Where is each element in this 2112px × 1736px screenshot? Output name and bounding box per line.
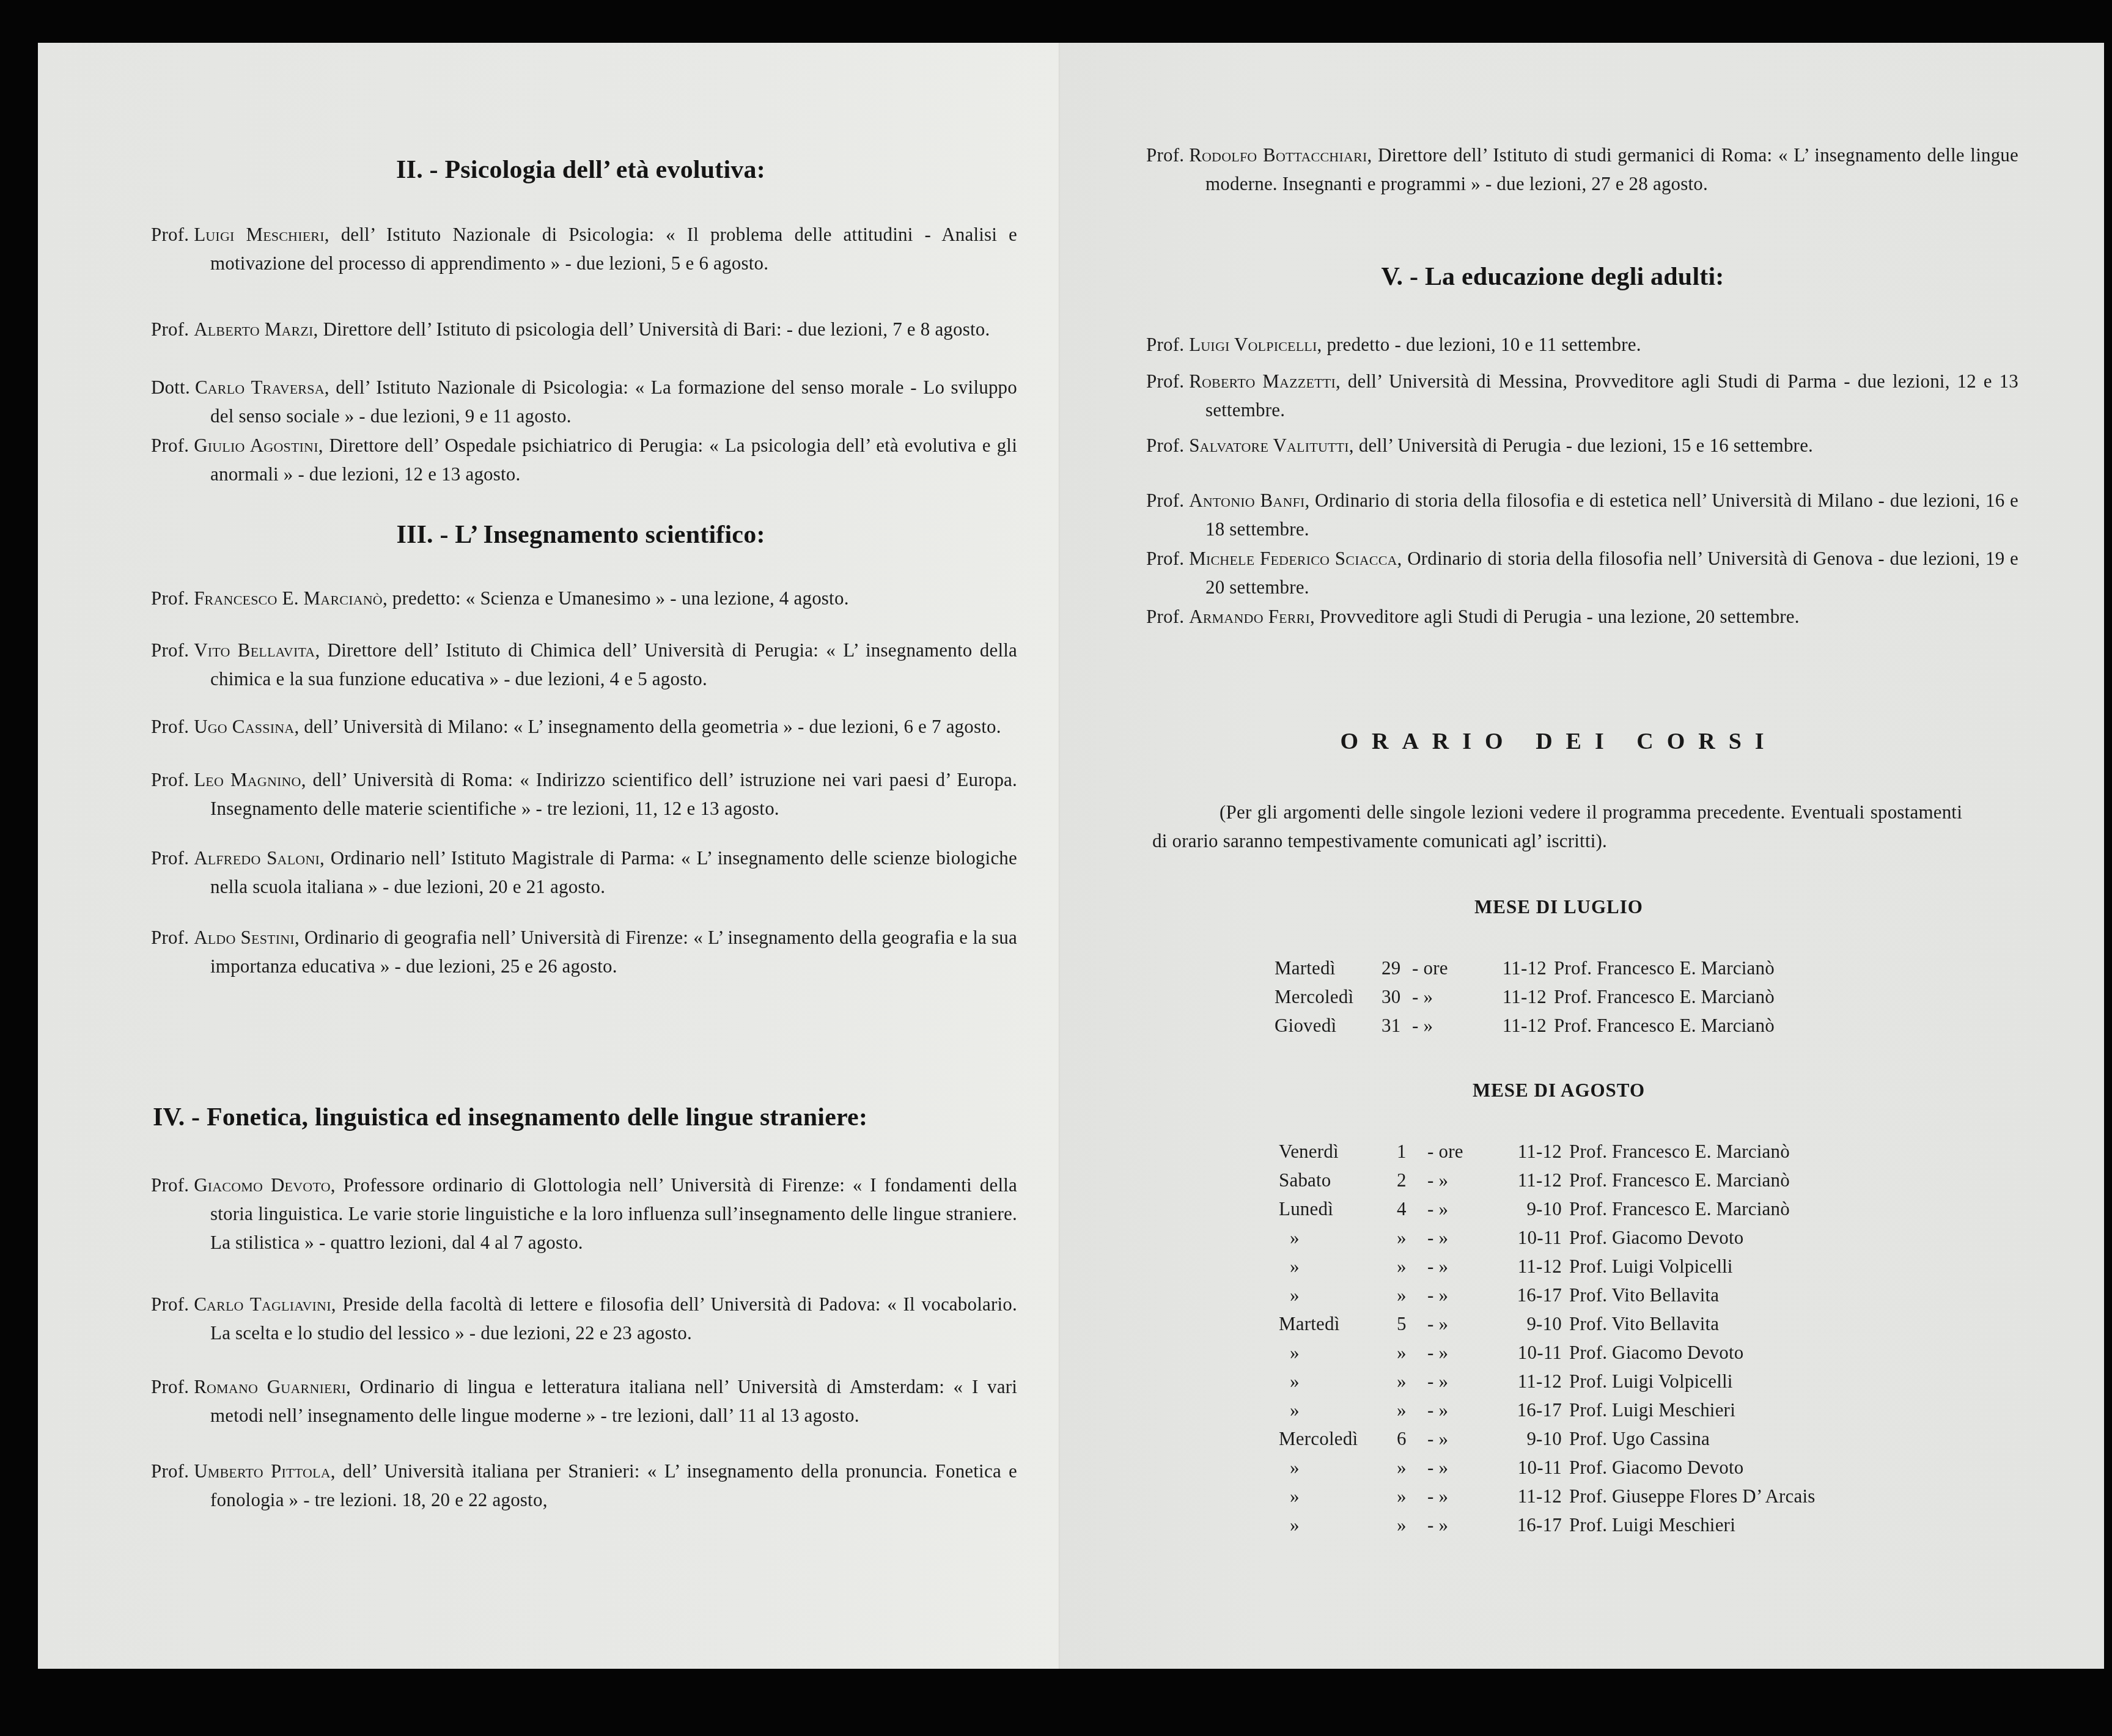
- schedule-day: Mercoledì: [1275, 982, 1382, 1011]
- entry-title: Prof.: [151, 639, 189, 661]
- entry-name: Leo Magnino: [194, 769, 301, 790]
- schedule-date: »: [1397, 1338, 1427, 1367]
- schedule-professor: Prof. Francesco E. Marcianò: [1566, 1194, 1816, 1223]
- month-heading-luglio: MESE DI LUGLIO: [1149, 892, 1968, 921]
- schedule-time: 10-11: [1495, 1338, 1566, 1367]
- schedule-professor: Prof. Vito Bellavita: [1566, 1281, 1816, 1309]
- schedule-time: 9-10: [1495, 1309, 1566, 1338]
- entry-text: , dell’ Istituto Nazionale di Psicologia…: [210, 377, 1017, 427]
- schedule-date: 2: [1397, 1166, 1427, 1194]
- schedule-time: 16-17: [1495, 1510, 1566, 1539]
- entry-agostini: Prof.Giulio Agostini, Direttore dell’ Os…: [151, 431, 1017, 488]
- schedule-date: 6: [1397, 1424, 1427, 1453]
- entry-magnino: Prof.Leo Magnino, dell’ Università di Ro…: [151, 765, 1017, 823]
- schedule-date: 1: [1397, 1137, 1427, 1166]
- schedule-separator: - »: [1427, 1510, 1495, 1539]
- entry-title: Prof.: [151, 1376, 189, 1397]
- schedule-day: Martedì: [1279, 1309, 1397, 1338]
- entry-name: Giacomo Devoto: [194, 1174, 331, 1196]
- schedule-separator: - ore: [1412, 954, 1479, 982]
- schedule-separator: - »: [1427, 1281, 1495, 1309]
- schedule-time: 10-11: [1495, 1453, 1566, 1482]
- schedule-separator: - »: [1427, 1396, 1495, 1424]
- entry-text: , predetto: « Scienza e Umanesimo » - un…: [383, 587, 849, 609]
- schedule-date: 5: [1397, 1309, 1427, 1338]
- schedule-professor: Prof. Giuseppe Flores D’ Arcais: [1566, 1482, 1816, 1510]
- schedule-time: 11-12: [1479, 1011, 1550, 1040]
- entry-bellavita: Prof.Vito Bellavita, Direttore dell’ Ist…: [151, 636, 1017, 693]
- entry-title: Prof.: [1146, 606, 1184, 627]
- schedule-date: 29: [1382, 954, 1412, 982]
- entry-title: Prof.: [151, 318, 189, 340]
- schedule-professor: Prof. Giacomo Devoto: [1566, 1223, 1816, 1252]
- schedule-row: Sabato2- »11-12Prof. Francesco E. Marcia…: [1279, 1166, 1816, 1194]
- entry-banfi: Prof.Antonio Banfi, Ordinario di storia …: [1146, 486, 2018, 543]
- schedule-date: »: [1397, 1396, 1427, 1424]
- schedule-time: 11-12: [1495, 1166, 1566, 1194]
- schedule-separator: - »: [1427, 1453, 1495, 1482]
- schedule-row: »»- »11-12Prof. Giuseppe Flores D’ Arcai…: [1279, 1482, 1816, 1510]
- entry-title: Prof.: [151, 716, 189, 737]
- entry-title: Prof.: [151, 1460, 189, 1482]
- entry-title: Prof.: [151, 1293, 189, 1315]
- entry-pittola: Prof.Umberto Pittola, dell’ Università i…: [151, 1457, 1017, 1514]
- schedule-day: »: [1279, 1223, 1397, 1252]
- entry-name: Giulio Agostini: [194, 435, 318, 456]
- entry-name: Luigi Meschieri: [194, 224, 325, 245]
- schedule-separator: - »: [1427, 1424, 1495, 1453]
- schedule-time: 11-12: [1495, 1137, 1566, 1166]
- schedule-professor: Prof. Francesco E. Marcianò: [1566, 1137, 1816, 1166]
- section-heading-v: V. - La educazione degli adulti:: [1143, 263, 1962, 292]
- entry-text: , dell’ Università di Milano: « L’ inseg…: [294, 716, 1001, 737]
- entry-title: Prof.: [151, 435, 189, 456]
- month-heading-agosto: MESE DI AGOSTO: [1149, 1076, 1968, 1105]
- entry-saloni: Prof.Alfredo Saloni, Ordinario nell’ Ist…: [151, 844, 1017, 901]
- schedule-day: »: [1279, 1338, 1397, 1367]
- schedule-row: Martedì5- »9-10Prof. Vito Bellavita: [1279, 1309, 1816, 1338]
- schedule-day: Giovedì: [1275, 1011, 1382, 1040]
- schedule-separator: - »: [1412, 1011, 1479, 1040]
- entry-marzi: Prof.Alberto Marzi, Direttore dell’ Isti…: [151, 315, 1017, 344]
- schedule-row: »»- »11-12Prof. Luigi Volpicelli: [1279, 1367, 1816, 1396]
- schedule-time: 11-12: [1495, 1252, 1566, 1281]
- schedule-day: »: [1279, 1510, 1397, 1539]
- schedule-separator: - »: [1427, 1194, 1495, 1223]
- entry-sestini: Prof.Aldo Sestini, Ordinario di geografi…: [151, 923, 1017, 980]
- schedule-time: 11-12: [1495, 1367, 1566, 1396]
- entry-text: , dell’ Istituto Nazionale di Psicologia…: [210, 224, 1017, 274]
- entry-title: Prof.: [151, 769, 189, 790]
- entry-title: Prof.: [1146, 435, 1184, 456]
- schedule-time: 16-17: [1495, 1396, 1566, 1424]
- entry-title: Prof.: [1146, 548, 1184, 569]
- entry-name: Michele Federico Sciacca: [1189, 548, 1397, 569]
- entry-title: Prof.: [1146, 370, 1184, 392]
- entry-name: Vito Bellavita: [194, 639, 315, 661]
- schedule-day: Martedì: [1275, 954, 1382, 982]
- schedule-professor: Prof. Francesco E. Marcianò: [1566, 1166, 1816, 1194]
- entry-name: Alfredo Saloni: [194, 847, 320, 869]
- entry-title: Prof.: [151, 1174, 189, 1196]
- entry-text: , dell’ Università italiana per Stranier…: [210, 1460, 1017, 1510]
- schedule-time: 9-10: [1495, 1194, 1566, 1223]
- entry-traversa: Dott.Carlo Traversa, dell’ Istituto Nazi…: [151, 373, 1017, 430]
- schedule-date: 4: [1397, 1194, 1427, 1223]
- schedule-separator: - »: [1427, 1223, 1495, 1252]
- section-heading-iv: IV. - Fonetica, linguistica ed insegname…: [153, 1103, 990, 1132]
- entry-volpicelli: Prof.Luigi Volpicelli, predetto - due le…: [1146, 330, 2018, 359]
- schedule-separator: - »: [1427, 1338, 1495, 1367]
- entry-cassina: Prof.Ugo Cassina, dell’ Università di Mi…: [151, 712, 1017, 741]
- schedule-time: 9-10: [1495, 1424, 1566, 1453]
- entry-tagliavini: Prof.Carlo Tagliavini, Preside della fac…: [151, 1290, 1017, 1347]
- entry-meschieri: Prof.Luigi Meschieri, dell’ Istituto Naz…: [151, 220, 1017, 278]
- schedule-date: »: [1397, 1252, 1427, 1281]
- entry-text: , predetto - due lezioni, 10 e 11 settem…: [1317, 334, 1641, 355]
- schedule-date: 31: [1382, 1011, 1412, 1040]
- entry-text: , Provveditore agli Studi di Perugia - u…: [1310, 606, 1800, 627]
- schedule-professor: Prof. Giacomo Devoto: [1566, 1453, 1816, 1482]
- schedule-row: »»- »11-12Prof. Luigi Volpicelli: [1279, 1252, 1816, 1281]
- entry-text: , Direttore dell’ Istituto di psicologia…: [314, 318, 990, 340]
- entry-name: Luigi Volpicelli: [1189, 334, 1317, 355]
- schedule-row: »»- »10-11Prof. Giacomo Devoto: [1279, 1223, 1816, 1252]
- schedule-row: »»- »10-11Prof. Giacomo Devoto: [1279, 1338, 1816, 1367]
- entry-title: Prof.: [151, 224, 189, 245]
- entry-title: Prof.: [151, 927, 189, 948]
- section-heading-iii: III. - L’ Insegnamento scientifico:: [153, 521, 1009, 550]
- center-fold: [1058, 43, 1060, 1669]
- orario-title: ORARIO DEI CORSI: [1149, 727, 1968, 756]
- entry-name: Armando Ferri: [1189, 606, 1310, 627]
- schedule-row: »»- »16-17Prof. Luigi Meschieri: [1279, 1396, 1816, 1424]
- schedule-row: »»- »10-11Prof. Giacomo Devoto: [1279, 1453, 1816, 1482]
- schedule-date: »: [1397, 1367, 1427, 1396]
- schedule-day: Sabato: [1279, 1166, 1397, 1194]
- entry-name: Aldo Sestini: [194, 927, 295, 948]
- schedule-day: »: [1279, 1281, 1397, 1309]
- schedule-professor: Prof. Ugo Cassina: [1566, 1424, 1816, 1453]
- orario-note: (Per gli argomenti delle singole lezioni…: [1152, 798, 1962, 855]
- entry-ferri: Prof.Armando Ferri, Provveditore agli St…: [1146, 602, 2018, 631]
- section-heading-ii: II. - Psicologia dell’ età evolutiva:: [153, 156, 1009, 185]
- entry-devoto: Prof.Giacomo Devoto, Professore ordinari…: [151, 1171, 1017, 1257]
- schedule-time: 11-12: [1479, 982, 1550, 1011]
- entry-text: , Preside della facoltà di lettere e fil…: [210, 1293, 1017, 1344]
- schedule-row: Venerdì1- ore11-12Prof. Francesco E. Mar…: [1279, 1137, 1816, 1166]
- entry-valitutti: Prof.Salvatore Valitutti, dell’ Universi…: [1146, 431, 2018, 460]
- schedule-separator: - »: [1427, 1252, 1495, 1281]
- entry-sciacca: Prof.Michele Federico Sciacca, Ordinario…: [1146, 544, 2018, 601]
- schedule-professor: Prof. Luigi Volpicelli: [1566, 1252, 1816, 1281]
- schedule-time: 10-11: [1495, 1223, 1566, 1252]
- schedule-day: Lunedì: [1279, 1194, 1397, 1223]
- schedule-date: »: [1397, 1482, 1427, 1510]
- entry-text: , Direttore dell’ Istituto di Chimica de…: [210, 639, 1017, 690]
- entry-name: Ugo Cassina: [194, 716, 294, 737]
- schedule-professor: Prof. Francesco E. Marcianò: [1550, 1011, 1775, 1040]
- entry-name: Antonio Banfi: [1189, 490, 1304, 511]
- entry-text: , Ordinario di geografia nell’ Universit…: [210, 927, 1017, 977]
- entry-title: Prof.: [1146, 144, 1184, 166]
- entry-name: Rodolfo Bottacchiari: [1189, 144, 1367, 166]
- entry-text: , dell’ Università di Perugia - due lezi…: [1349, 435, 1813, 456]
- schedule-day: »: [1279, 1482, 1397, 1510]
- entry-text: , dell’ Università di Roma: « Indirizzo …: [210, 769, 1017, 819]
- entry-name: Umberto Pittola: [194, 1460, 331, 1482]
- schedule-date: »: [1397, 1453, 1427, 1482]
- entry-name: Alberto Marzi: [194, 318, 313, 340]
- entry-name: Carlo Traversa: [195, 377, 325, 398]
- schedule-professor: Prof. Francesco E. Marcianò: [1550, 954, 1775, 982]
- entry-title: Prof.: [1146, 490, 1184, 511]
- schedule-separator: - »: [1412, 982, 1479, 1011]
- schedule-separator: - »: [1427, 1309, 1495, 1338]
- schedule-professor: Prof. Vito Bellavita: [1566, 1309, 1816, 1338]
- schedule-professor: Prof. Luigi Meschieri: [1566, 1396, 1816, 1424]
- entry-title: Dott.: [151, 377, 190, 398]
- entry-title: Prof.: [151, 587, 189, 609]
- schedule-agosto: Venerdì1- ore11-12Prof. Francesco E. Mar…: [1279, 1137, 1816, 1539]
- entry-name: Roberto Mazzetti: [1189, 370, 1336, 392]
- entry-name: Carlo Tagliavini: [194, 1293, 331, 1315]
- schedule-time: 11-12: [1495, 1482, 1566, 1510]
- entry-text: , Ordinario di storia della filosofia e …: [1205, 490, 2018, 540]
- schedule-row: Lunedì4- »9-10Prof. Francesco E. Marcian…: [1279, 1194, 1816, 1223]
- schedule-day: »: [1279, 1252, 1397, 1281]
- schedule-day: »: [1279, 1453, 1397, 1482]
- entry-name: Salvatore Valitutti: [1189, 435, 1349, 456]
- schedule-luglio: Martedì29- ore11-12Prof. Francesco E. Ma…: [1275, 954, 1775, 1040]
- schedule-date: »: [1397, 1510, 1427, 1539]
- schedule-separator: - »: [1427, 1166, 1495, 1194]
- entry-text: , Professore ordinario di Glottologia ne…: [210, 1174, 1017, 1253]
- schedule-day: »: [1279, 1367, 1397, 1396]
- schedule-time: 11-12: [1479, 954, 1550, 982]
- schedule-row: »»- »16-17Prof. Luigi Meschieri: [1279, 1510, 1816, 1539]
- schedule-row: »»- »16-17Prof. Vito Bellavita: [1279, 1281, 1816, 1309]
- schedule-professor: Prof. Giacomo Devoto: [1566, 1338, 1816, 1367]
- entry-text: , Ordinario nell’ Istituto Magistrale di…: [210, 847, 1017, 897]
- entry-mazzetti: Prof.Roberto Mazzetti, dell’ Università …: [1146, 367, 2018, 424]
- entry-name: Francesco E. Marcianò: [194, 587, 383, 609]
- schedule-row: Mercoledì30- »11-12Prof. Francesco E. Ma…: [1275, 982, 1775, 1011]
- schedule-professor: Prof. Luigi Meschieri: [1566, 1510, 1816, 1539]
- schedule-time: 16-17: [1495, 1281, 1566, 1309]
- entry-title: Prof.: [1146, 334, 1184, 355]
- schedule-row: Giovedì31- »11-12Prof. Francesco E. Marc…: [1275, 1011, 1775, 1040]
- schedule-date: »: [1397, 1281, 1427, 1309]
- entry-bottacchiari: Prof.Rodolfo Bottacchiari, Direttore del…: [1146, 141, 2018, 198]
- schedule-professor: Prof. Francesco E. Marcianò: [1550, 982, 1775, 1011]
- schedule-separator: - »: [1427, 1367, 1495, 1396]
- schedule-professor: Prof. Luigi Volpicelli: [1566, 1367, 1816, 1396]
- schedule-row: Martedì29- ore11-12Prof. Francesco E. Ma…: [1275, 954, 1775, 982]
- schedule-date: »: [1397, 1223, 1427, 1252]
- schedule-day: Venerdì: [1279, 1137, 1397, 1166]
- schedule-day: »: [1279, 1396, 1397, 1424]
- schedule-separator: - »: [1427, 1482, 1495, 1510]
- entry-title: Prof.: [151, 847, 189, 869]
- entry-guarnieri: Prof.Romano Guarnieri, Ordinario di ling…: [151, 1372, 1017, 1430]
- entry-name: Romano Guarnieri: [194, 1376, 346, 1397]
- schedule-separator: - ore: [1427, 1137, 1495, 1166]
- schedule-day: Mercoledì: [1279, 1424, 1397, 1453]
- entry-text: , Direttore dell’ Ospedale psichiatrico …: [210, 435, 1017, 485]
- entry-marciano: Prof.Francesco E. Marcianò, predetto: « …: [151, 584, 1017, 612]
- schedule-date: 30: [1382, 982, 1412, 1011]
- schedule-row: Mercoledì6- »9-10Prof. Ugo Cassina: [1279, 1424, 1816, 1453]
